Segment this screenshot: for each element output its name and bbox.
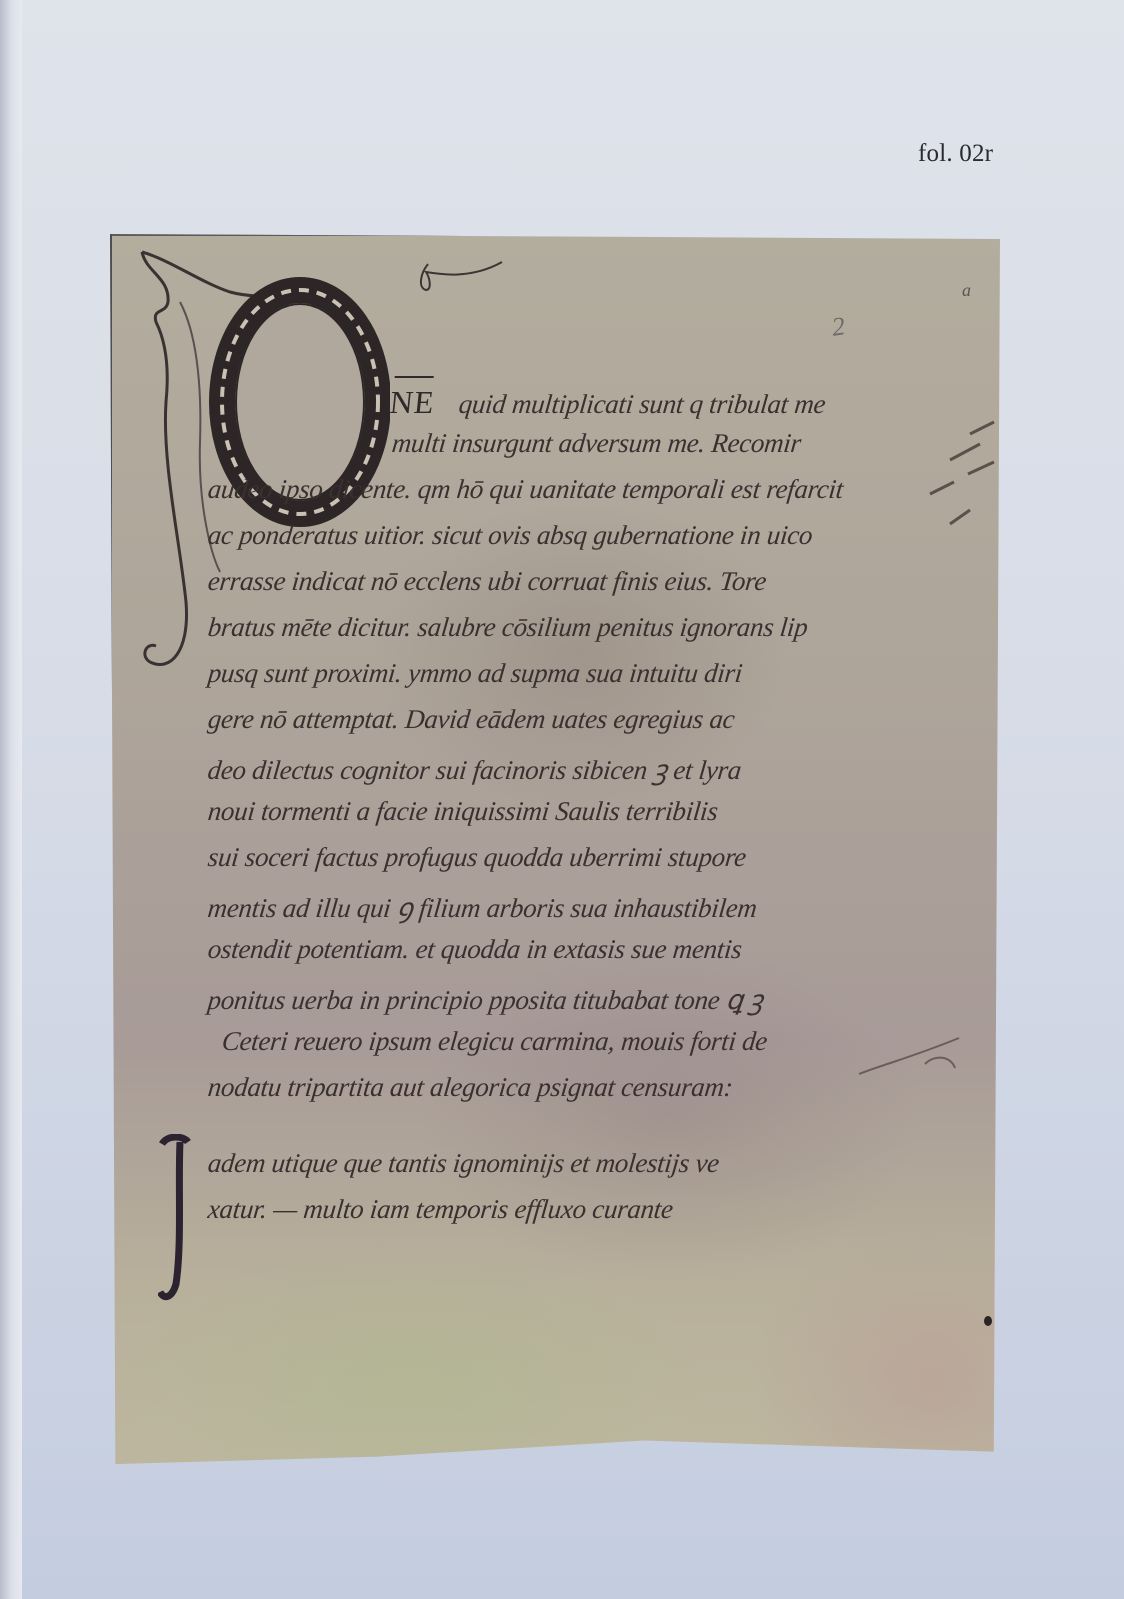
text-line-5: errasse indicat nō ecclens ubi corruat f… [206, 566, 767, 597]
marginal-folio-number: 2 [830, 311, 847, 343]
text-line-18: xatur. — multo iam temporis effluxo cura… [206, 1194, 674, 1225]
initial-caps: NE [388, 384, 436, 420]
folio-label: fol. 02r [918, 140, 993, 168]
text-line-8: gere nō attemptat. David eādem uates egr… [206, 704, 736, 735]
text-line-15: Ceteri reuero ipsum elegicu carmina, mou… [220, 1026, 768, 1057]
manuscript-plate: 2 a NE quid multiplicati sunt q tribulat… [110, 234, 1000, 1474]
text-line-7: pusq sunt proximi. ymmo ad supma sua int… [206, 658, 743, 689]
text-line-16: nodatu tripartita aut alegorica psignat … [206, 1072, 734, 1103]
book-binding-edge [0, 0, 22, 1599]
text-line-3: audeo ipso dicente. qm hō qui uanitate t… [206, 474, 844, 505]
text-line-1: NE quid multiplicati sunt q tribulat me [388, 384, 827, 421]
initial-i-icon [158, 1134, 198, 1304]
corner-mark: a [962, 280, 971, 301]
text-line-11: sui soceri factus profugus quodda uberri… [206, 842, 747, 873]
pen-trial-flourish-icon [410, 256, 510, 296]
text-line-6: bratus mēte dicitur. salubre cōsilium pe… [206, 612, 809, 643]
text-line-17: adem utique que tantis ignominijs et mol… [206, 1148, 720, 1179]
ink-blot [984, 1316, 992, 1326]
marginal-pen-marks-icon [910, 414, 1000, 554]
text-line-14: ponitus uerba in principio pposita titub… [206, 980, 765, 1017]
text-line-10: noui tormenti a facie iniquissimi Saulis… [206, 796, 719, 827]
text-line-2: multi insurgunt adversum me. Recomir [390, 428, 802, 459]
marginal-flourish-icon [855, 1034, 965, 1094]
text-line-4: ac ponderatus uitior. sicut ovis absq gu… [206, 520, 814, 551]
text-line-12: mentis ad illu qui ꝯ filium arboris sua … [206, 888, 759, 925]
text-line-13: ostendit potentiam. et quodda in extasis… [206, 934, 743, 965]
text-line-9: deo dilectus cognitor sui facinoris sibi… [206, 750, 743, 787]
